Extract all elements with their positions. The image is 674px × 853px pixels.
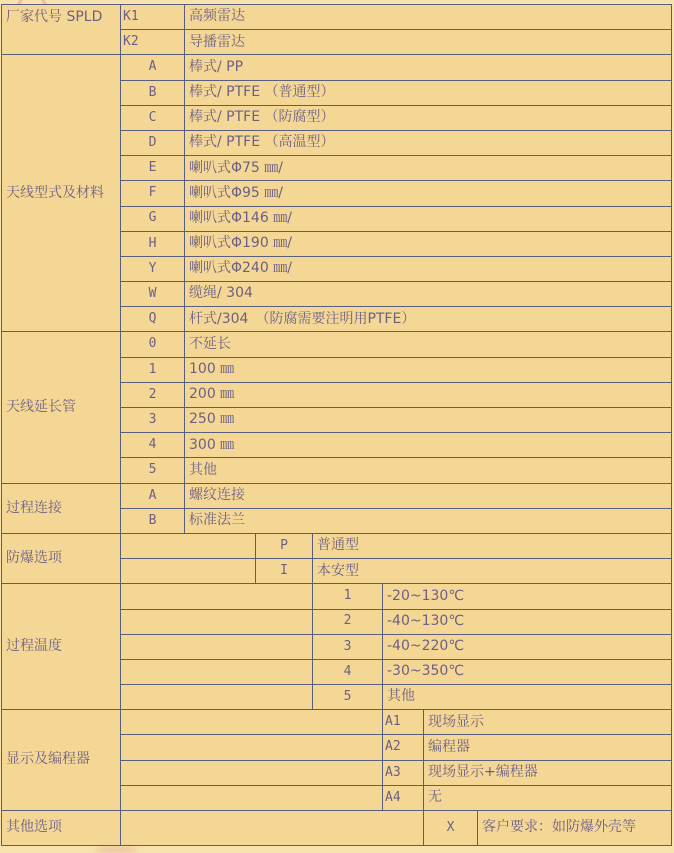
code-cell: G bbox=[121, 206, 185, 231]
spacer-cell bbox=[121, 659, 313, 684]
code-cell: 1 bbox=[121, 357, 185, 382]
code-cell: A3 bbox=[383, 760, 424, 785]
code-cell: Y bbox=[121, 256, 185, 281]
code-cell: E bbox=[121, 156, 185, 181]
spacer-cell bbox=[121, 559, 256, 584]
code-cell: H bbox=[121, 231, 185, 256]
product-code-table: 厂家代号 SPLD K1 高频雷达 K2 导播雷达 天线型式及材料 A 棒式/ … bbox=[1, 4, 672, 846]
description-cell: 编程器 bbox=[424, 735, 672, 760]
section-label-cell: 防爆选项 bbox=[2, 533, 121, 583]
spacer-cell bbox=[121, 685, 313, 710]
table-row: 防爆选项 P 普通型 bbox=[2, 533, 672, 558]
code-cell: A bbox=[121, 483, 185, 508]
code-cell: D bbox=[121, 130, 185, 155]
code-cell: 1 bbox=[313, 584, 383, 609]
section-label-cell: 显示及编程器 bbox=[2, 710, 121, 811]
code-cell: C bbox=[121, 105, 185, 130]
description-cell: 缆绳/ 304 bbox=[185, 282, 672, 307]
section-label-cell: 厂家代号 SPLD bbox=[2, 5, 121, 55]
description-cell: 喇叭式Φ75 ㎜/ bbox=[185, 156, 672, 181]
code-cell: 4 bbox=[121, 433, 185, 458]
description-cell: 100 ㎜ bbox=[185, 357, 672, 382]
description-cell: 棒式/ PTFE （普通型） bbox=[185, 80, 672, 105]
description-cell: 高频雷达 bbox=[185, 5, 672, 30]
spacer-cell bbox=[121, 609, 313, 634]
code-cell: 3 bbox=[121, 408, 185, 433]
description-cell: 无 bbox=[424, 785, 672, 810]
spacer-cell bbox=[121, 710, 383, 735]
code-cell: A bbox=[121, 55, 185, 80]
table-row: 过程温度 1 -20~130℃ bbox=[2, 584, 672, 609]
scan-smudge bbox=[95, 846, 137, 853]
description-cell: 不延长 bbox=[185, 332, 672, 357]
description-cell: 螺纹连接 bbox=[185, 483, 672, 508]
description-cell: 200 ㎜ bbox=[185, 382, 672, 407]
description-cell: 250 ㎜ bbox=[185, 408, 672, 433]
table-row: 过程连接 A 螺纹连接 bbox=[2, 483, 672, 508]
description-cell: 现场显示 bbox=[424, 710, 672, 735]
code-cell: B bbox=[121, 80, 185, 105]
description-cell: 其他 bbox=[383, 685, 672, 710]
section-label-cell: 过程温度 bbox=[2, 584, 121, 710]
description-cell: 喇叭式Φ240 ㎜/ bbox=[185, 256, 672, 281]
table-row: 厂家代号 SPLD K1 高频雷达 bbox=[2, 5, 672, 30]
description-cell: 棒式/ PP bbox=[185, 55, 672, 80]
code-cell: K1 bbox=[121, 5, 185, 30]
code-cell: W bbox=[121, 282, 185, 307]
spacer-cell bbox=[121, 760, 383, 785]
code-cell: A2 bbox=[383, 735, 424, 760]
description-cell: 现场显示+编程器 bbox=[424, 760, 672, 785]
code-cell: B bbox=[121, 508, 185, 533]
description-cell: -40~220℃ bbox=[383, 634, 672, 659]
section-label-cell: 其他选项 bbox=[2, 811, 121, 846]
description-cell: 300 ㎜ bbox=[185, 433, 672, 458]
code-cell: X bbox=[424, 811, 478, 846]
code-cell: P bbox=[256, 533, 313, 558]
code-cell: F bbox=[121, 181, 185, 206]
section-label-cell: 过程连接 bbox=[2, 483, 121, 533]
table-row: 显示及编程器 A1 现场显示 bbox=[2, 710, 672, 735]
spacer-cell bbox=[121, 634, 313, 659]
section-label-cell: 天线型式及材料 bbox=[2, 55, 121, 332]
code-cell: 4 bbox=[313, 659, 383, 684]
code-cell: K2 bbox=[121, 30, 185, 55]
description-cell: 喇叭式Φ190 ㎜/ bbox=[185, 231, 672, 256]
description-cell: 棒式/ PTFE （防腐型） bbox=[185, 105, 672, 130]
description-cell: -20~130℃ bbox=[383, 584, 672, 609]
description-cell: 棒式/ PTFE （高温型） bbox=[185, 130, 672, 155]
table-row: 天线型式及材料 A 棒式/ PP bbox=[2, 55, 672, 80]
spacer-cell bbox=[121, 735, 383, 760]
description-cell: 标准法兰 bbox=[185, 508, 672, 533]
description-cell: 其他 bbox=[185, 458, 672, 483]
description-cell: 喇叭式Φ146 ㎜/ bbox=[185, 206, 672, 231]
table-row: 天线延长管 0 不延长 bbox=[2, 332, 672, 357]
code-cell: Q bbox=[121, 307, 185, 332]
description-cell: 喇叭式Φ95 ㎜/ bbox=[185, 181, 672, 206]
code-cell: 2 bbox=[313, 609, 383, 634]
code-cell: 0 bbox=[121, 332, 185, 357]
description-cell: 普通型 bbox=[313, 533, 672, 558]
code-cell: A4 bbox=[383, 785, 424, 810]
code-cell: A1 bbox=[383, 710, 424, 735]
description-cell: 杆式/304 （防腐需要注明用PTFE） bbox=[185, 307, 672, 332]
description-cell: 本安型 bbox=[313, 559, 672, 584]
description-cell: 客户要求：如防爆外壳等 bbox=[478, 811, 672, 846]
spacer-cell bbox=[121, 785, 383, 810]
table-row: 其他选项 X 客户要求：如防爆外壳等 bbox=[2, 811, 672, 846]
spacer-cell bbox=[121, 584, 313, 609]
description-cell: -40~130℃ bbox=[383, 609, 672, 634]
description-cell: -30~350℃ bbox=[383, 659, 672, 684]
section-label-cell: 天线延长管 bbox=[2, 332, 121, 483]
code-cell: 5 bbox=[121, 458, 185, 483]
code-cell: I bbox=[256, 559, 313, 584]
description-cell: 导播雷达 bbox=[185, 30, 672, 55]
code-cell: 2 bbox=[121, 382, 185, 407]
code-cell: 5 bbox=[313, 685, 383, 710]
code-cell: 3 bbox=[313, 634, 383, 659]
spacer-cell bbox=[121, 533, 256, 558]
scanned-page: 厂家代号 SPLD K1 高频雷达 K2 导播雷达 天线型式及材料 A 棒式/ … bbox=[0, 0, 674, 853]
spacer-cell bbox=[121, 811, 424, 846]
